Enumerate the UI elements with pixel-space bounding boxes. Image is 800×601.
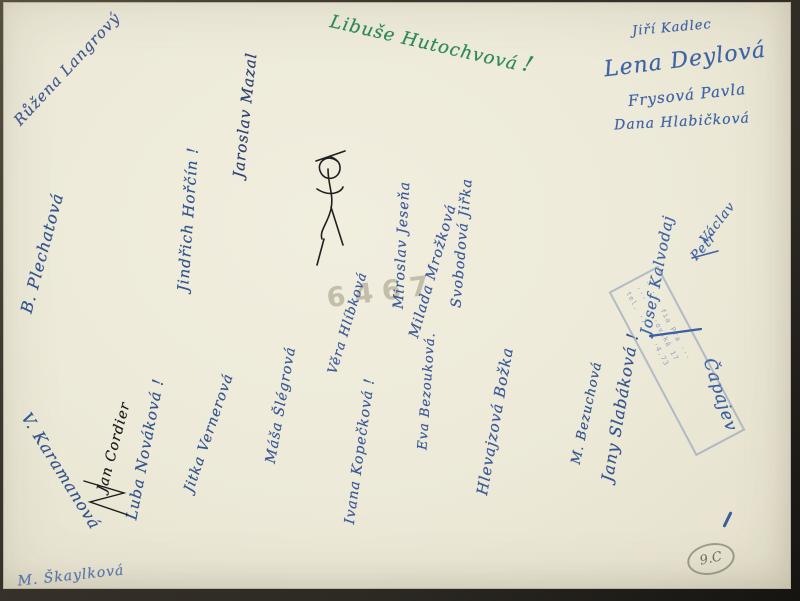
signature: Petr [688, 230, 720, 263]
signature: Jindřich Hořčín ! [174, 146, 202, 292]
signature: Jiří Kadlec [632, 17, 713, 39]
signature: Máša Šlégrová [263, 345, 299, 464]
grade-mark-ellipse: 9.C [684, 539, 737, 579]
signature: Svobodová Jiřka [448, 178, 475, 309]
signature: Lena Deylová [603, 38, 768, 83]
black-doodle-signature [316, 151, 345, 265]
signature: Eva Bezouková. [415, 332, 438, 451]
signature: Libuše Hutochvová [328, 11, 520, 75]
signature: M. Škaylková [17, 562, 125, 588]
signature: B. Plechatová [17, 191, 67, 315]
signature: Jitka Vernerová [181, 372, 237, 495]
photo-frame: 6467 Růžena LangrovýJaroslav MazalLibuše… [0, 0, 800, 601]
signature: Hlevajzová Božka [473, 346, 517, 497]
signature: Dana Hlabičková [614, 110, 751, 133]
signature: Jaroslav Mazal [229, 52, 260, 179]
signature: V. Karamanová [17, 409, 104, 533]
signature: Růžena Langrový [10, 9, 124, 129]
signature: Jan Cordier [94, 400, 133, 494]
autograph-page: 6467 Růžena LangrovýJaroslav MazalLibuše… [4, 3, 790, 588]
signature: Luba Nováková ! [122, 377, 167, 522]
signature: Frysová Pavla [627, 80, 747, 110]
signature: M. Bezuchová [569, 360, 605, 465]
signature: ! [519, 52, 537, 79]
ink-tick-mark [722, 511, 732, 528]
signature: Ivana Kopečková ! [342, 377, 378, 525]
signature: Jany Slabáková ! [598, 331, 643, 483]
office-stamp-line: ··· ····ovská 17 [634, 285, 720, 437]
grade-mark-text: 9.C [698, 549, 723, 568]
